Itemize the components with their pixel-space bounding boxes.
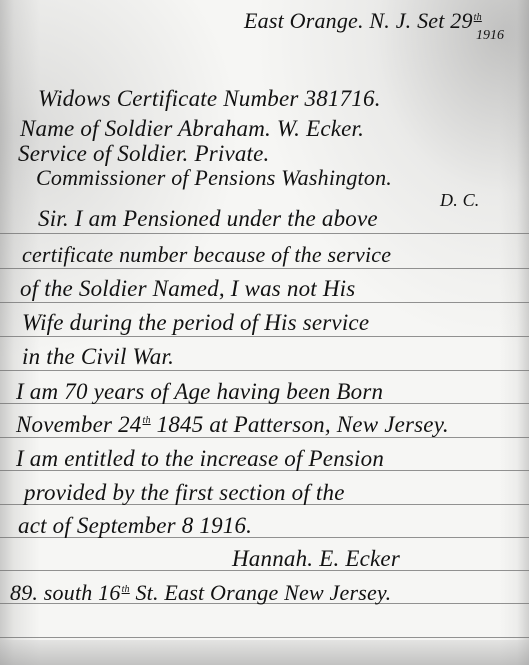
body-line-10: act of September 8 1916. [18,513,252,539]
ruled-line [0,233,529,234]
date-year: 1916 [476,28,504,44]
ruled-line [0,336,529,337]
birth-day-suffix: th [142,415,150,426]
page-bottom-edge [0,640,529,665]
place-date: East Orange. N. J. Set 29th [244,8,482,34]
letter-page: East Orange. N. J. Set 29th 1916 Widows … [0,0,529,665]
address-street-number: 89. south 16 [10,580,121,605]
body-line-1: Sir. I am Pensioned under the above [38,206,378,232]
certificate-line: Widows Certificate Number 381716. [38,86,381,112]
body-line-3: of the Soldier Named, I was not His [20,276,355,302]
ruled-line [0,302,529,303]
body-line-5: in the Civil War. [22,344,174,370]
body-line-4: Wife during the period of His service [22,310,369,336]
soldier-name-line: Name of Soldier Abraham. W. Ecker. [20,116,364,142]
date-day-suffix: th [474,12,482,23]
body-line-2: certificate number because of the servic… [22,242,391,268]
ruled-line [0,370,529,371]
birth-date-text: November 24 [16,412,141,437]
body-line-8: I am entitled to the increase of Pension [16,446,384,472]
ruled-line [0,268,529,269]
address-suffix: th [122,584,130,595]
addressee-dc: D. C. [440,190,480,211]
sender-address: 89. south 16th St. East Orange New Jerse… [10,580,391,606]
ruled-line [0,637,529,638]
place-date-text: East Orange. N. J. Set 29 [244,8,473,33]
body-line-7: November 24th 1845 at Patterson, New Jer… [16,412,449,438]
body-line-6: I am 70 years of Age having been Born [16,379,383,405]
address-rest: St. East Orange New Jersey. [130,580,392,605]
body-line-9: provided by the first section of the [24,480,345,506]
birth-place-text: 1845 at Patterson, New Jersey. [151,412,449,437]
service-line: Service of Soldier. Private. [18,141,270,167]
signature: Hannah. E. Ecker [232,546,400,572]
addressee-line: Commissioner of Pensions Washington. [36,165,392,191]
